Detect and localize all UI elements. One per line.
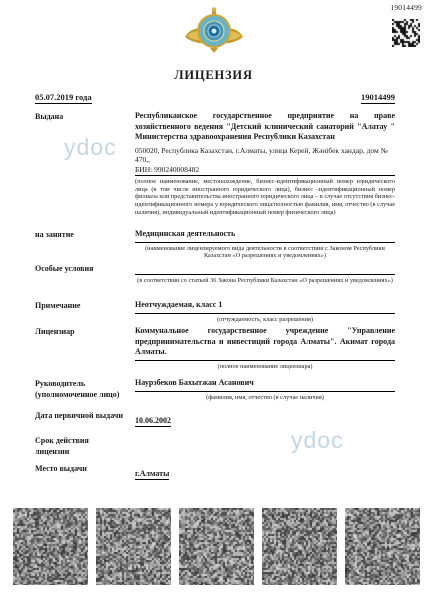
field-head: Руководитель (уполномоченное лицо) Наурз… bbox=[35, 378, 395, 401]
note-value: Неотчуждаемая, класс 1 bbox=[135, 300, 395, 314]
divider-line bbox=[135, 175, 395, 176]
first-issue-date-value: 10.06.2002 bbox=[135, 416, 171, 427]
emblem-graphic bbox=[183, 7, 245, 55]
issued-to-label: Выдана bbox=[35, 111, 135, 217]
barcode-block-1 bbox=[13, 508, 88, 585]
licensor-value: Коммунальное государственное учреждение … bbox=[135, 326, 395, 361]
head-label-line1: Руководитель bbox=[35, 378, 135, 389]
issue-place-value: г.Алматы bbox=[135, 469, 169, 480]
barcode-block-2 bbox=[96, 508, 171, 585]
licensor-label: Лицензиар bbox=[35, 326, 135, 370]
field-issued-to: Выдана Республиканское государственное п… bbox=[35, 111, 395, 217]
kazakhstan-emblem-icon bbox=[183, 7, 245, 55]
special-conditions-label: Особые условия bbox=[35, 263, 135, 285]
field-issue-place: Место выдачи г.Алматы bbox=[35, 463, 395, 481]
activity-caption: (наименование лицензируемого вида деятел… bbox=[135, 245, 395, 260]
validity-label-line2: лицензии bbox=[35, 446, 135, 457]
field-note: Примечание Неотчуждаемая, класс 1 (отчуж… bbox=[35, 300, 395, 323]
barcode-block-3 bbox=[179, 508, 254, 585]
first-issue-date-label: Дата первичной выдачи bbox=[35, 410, 135, 428]
activity-value: Медицинская деятельность bbox=[135, 229, 395, 243]
issued-to-value: Республиканское государственное предприя… bbox=[135, 111, 395, 143]
field-activity: на занятие Медицинская деятельность (наи… bbox=[35, 229, 395, 260]
special-conditions-caption: (в соответствии со статьей 36 Закона Рес… bbox=[135, 277, 395, 285]
validity-label-line1: Срок действия bbox=[35, 435, 135, 446]
special-conditions-value bbox=[135, 263, 395, 275]
note-caption: (отчуждаемость, класс разрешения) bbox=[135, 316, 395, 324]
barcode-block-4 bbox=[262, 508, 337, 585]
field-first-issue-date: Дата первичной выдачи 10.06.2002 bbox=[35, 410, 395, 428]
license-number: 19014499 bbox=[361, 92, 395, 104]
header-row: 05.07.2019 года 19014499 bbox=[35, 92, 395, 104]
issue-place-label: Место выдачи bbox=[35, 463, 135, 481]
qr-code-icon bbox=[392, 19, 420, 47]
issued-to-bin: БИН: 990240008482 bbox=[135, 165, 395, 175]
document-number-top: 19014499 bbox=[390, 3, 422, 12]
head-label-line2: (уполномоченное лицо) bbox=[35, 389, 135, 400]
activity-label: на занятие bbox=[35, 229, 135, 260]
head-value: Наурзбеков Бахытжан Асанович bbox=[135, 378, 395, 392]
note-label: Примечание bbox=[35, 300, 135, 323]
head-caption: (фамилия, имя, отчество (в случае наличи… bbox=[135, 394, 395, 402]
head-label: Руководитель (уполномоченное лицо) bbox=[35, 378, 135, 401]
validity-label: Срок действия лицензии bbox=[35, 435, 135, 457]
barcode-row bbox=[0, 508, 427, 586]
field-special-conditions: Особые условия (в соответствии со статье… bbox=[35, 263, 395, 285]
barcode-block-5 bbox=[345, 508, 420, 585]
field-licensor: Лицензиар Коммунальное государственное у… bbox=[35, 326, 395, 370]
issued-to-caption: (полное наименование, местонахождение, б… bbox=[135, 178, 395, 217]
issue-date: 05.07.2019 года bbox=[35, 92, 92, 104]
document-title: ЛИЦЕНЗИЯ bbox=[0, 68, 427, 83]
issued-to-address: 050020, Республика Казахстан, г.Алматы, … bbox=[135, 146, 395, 165]
license-document: 19014499 ЛИЦЕНЗИЯ 05.07.2019 года 190144… bbox=[0, 0, 427, 600]
licensor-caption: (полное наименование лицензиара) bbox=[135, 363, 395, 371]
validity-value bbox=[135, 435, 395, 457]
field-validity: Срок действия лицензии bbox=[35, 435, 395, 457]
